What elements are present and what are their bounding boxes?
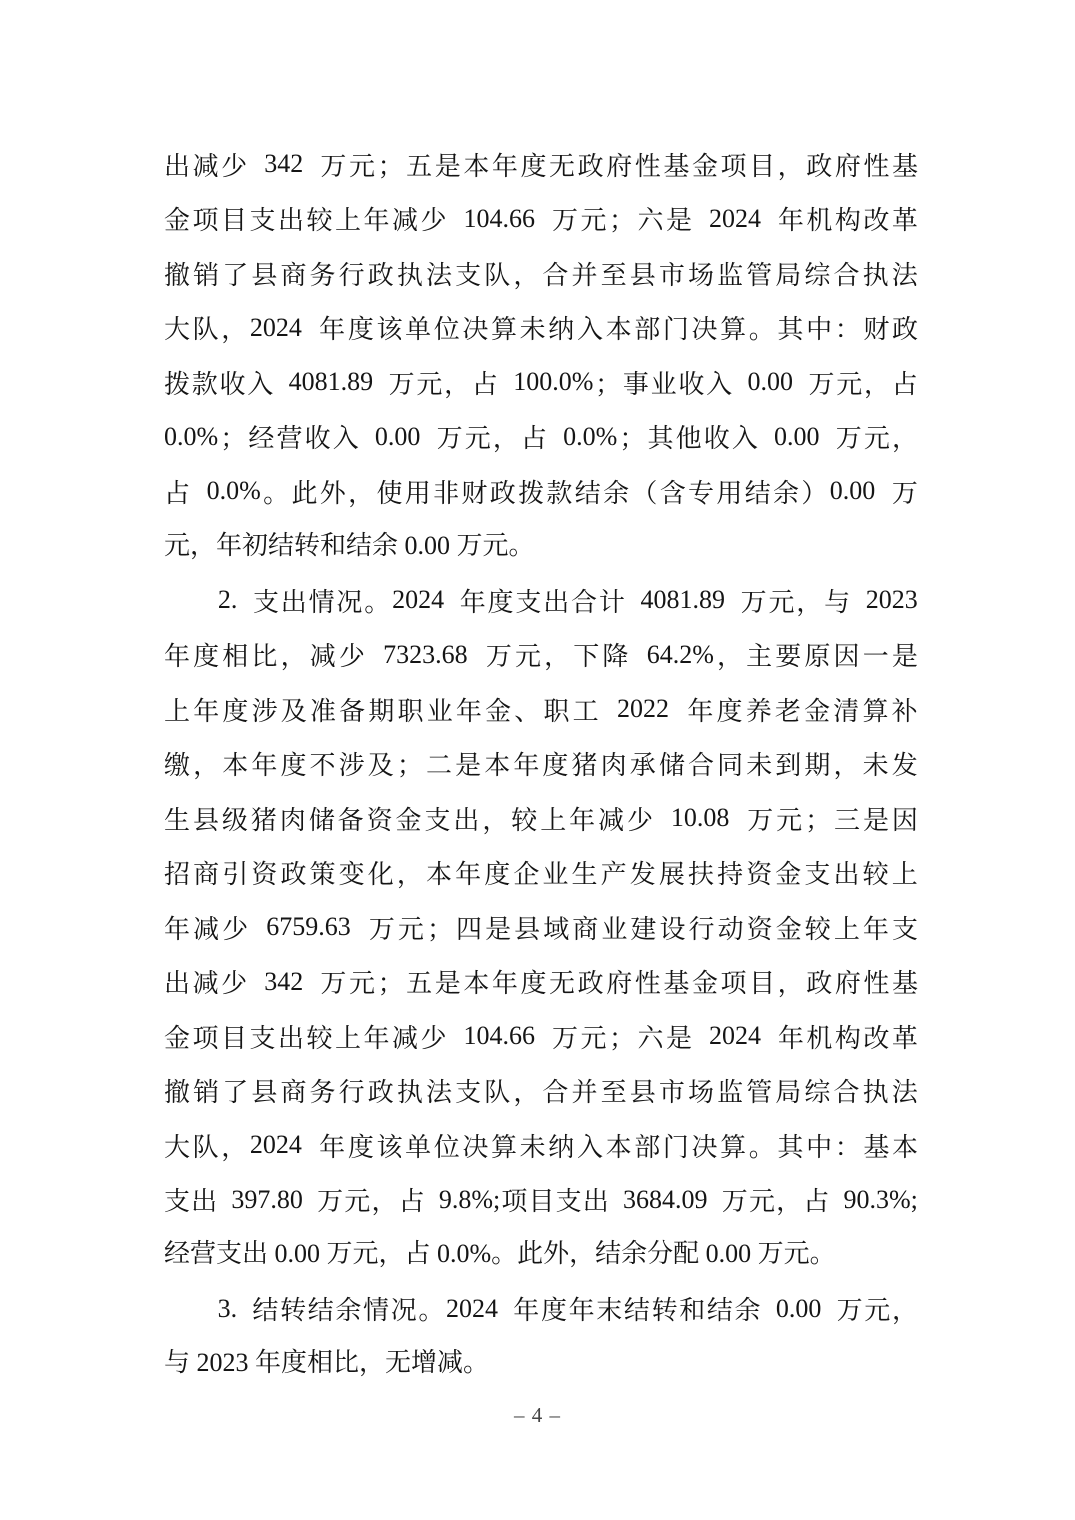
text-line: 元，年初结转和结余 0.00 万元。: [164, 519, 918, 574]
document-page: 出减少342万元；五是本年度无政府性基金项目，政府性基金项目支出较上年减少104…: [0, 0, 1075, 1520]
text-line: 3.结转结余情况。2024年度年末结转和结余0.00万元，: [164, 1282, 918, 1337]
text-line: 缴，本年度不涉及；二是本年度猪肉承储合同未到期，未发: [164, 737, 918, 792]
text-line: 撤销了县商务行政执法支队，合并至县市场监管局综合执法: [164, 1064, 918, 1119]
text-line: 经营支出 0.00 万元，占 0.0%。此外，结余分配 0.00 万元。: [164, 1227, 918, 1282]
text-line: 2.支出情况。2024年度支出合计4081.89万元，与2023: [164, 573, 918, 628]
text-line: 与 2023 年度相比，无增减。: [164, 1336, 918, 1391]
page-number: – 4 –: [0, 1403, 1075, 1428]
text-line: 金项目支出较上年减少104.66万元；六是2024年机构改革: [164, 1009, 918, 1064]
text-line: 金项目支出较上年减少104.66万元；六是2024年机构改革: [164, 192, 918, 247]
text-line: 出减少342万元；五是本年度无政府性基金项目，政府性基: [164, 137, 918, 192]
text-line: 支出397.80万元，占9.8%;项目支出3684.09万元，占90.3%;: [164, 1173, 918, 1228]
text-line: 大队，2024年度该单位决算未纳入本部门决算。其中：基本: [164, 1118, 918, 1173]
text-line: 出减少342万元；五是本年度无政府性基金项目，政府性基: [164, 955, 918, 1010]
text-line: 上年度涉及准备期职业年金、职工2022年度养老金清算补: [164, 682, 918, 737]
text-line: 年度相比，减少7323.68万元，下降64.2%，主要原因一是: [164, 628, 918, 683]
text-line: 大队，2024年度该单位决算未纳入本部门决算。其中：财政: [164, 301, 918, 356]
text-line: 占0.0%。此外，使用非财政拨款结余（含专用结余）0.00万: [164, 464, 918, 519]
document-body: 出减少342万元；五是本年度无政府性基金项目，政府性基金项目支出较上年减少104…: [164, 137, 918, 1391]
text-line: 生县级猪肉储备资金支出，较上年减少10.08万元；三是因: [164, 791, 918, 846]
text-line: 0.0%；经营收入0.00万元，占0.0%；其他收入0.00万元，: [164, 410, 918, 465]
text-line: 年减少6759.63万元；四是县域商业建设行动资金较上年支: [164, 900, 918, 955]
text-line: 招商引资政策变化，本年度企业生产发展扶持资金支出较上: [164, 846, 918, 901]
text-line: 撤销了县商务行政执法支队，合并至县市场监管局综合执法: [164, 246, 918, 301]
text-line: 拨款收入4081.89万元，占100.0%；事业收入0.00万元，占: [164, 355, 918, 410]
